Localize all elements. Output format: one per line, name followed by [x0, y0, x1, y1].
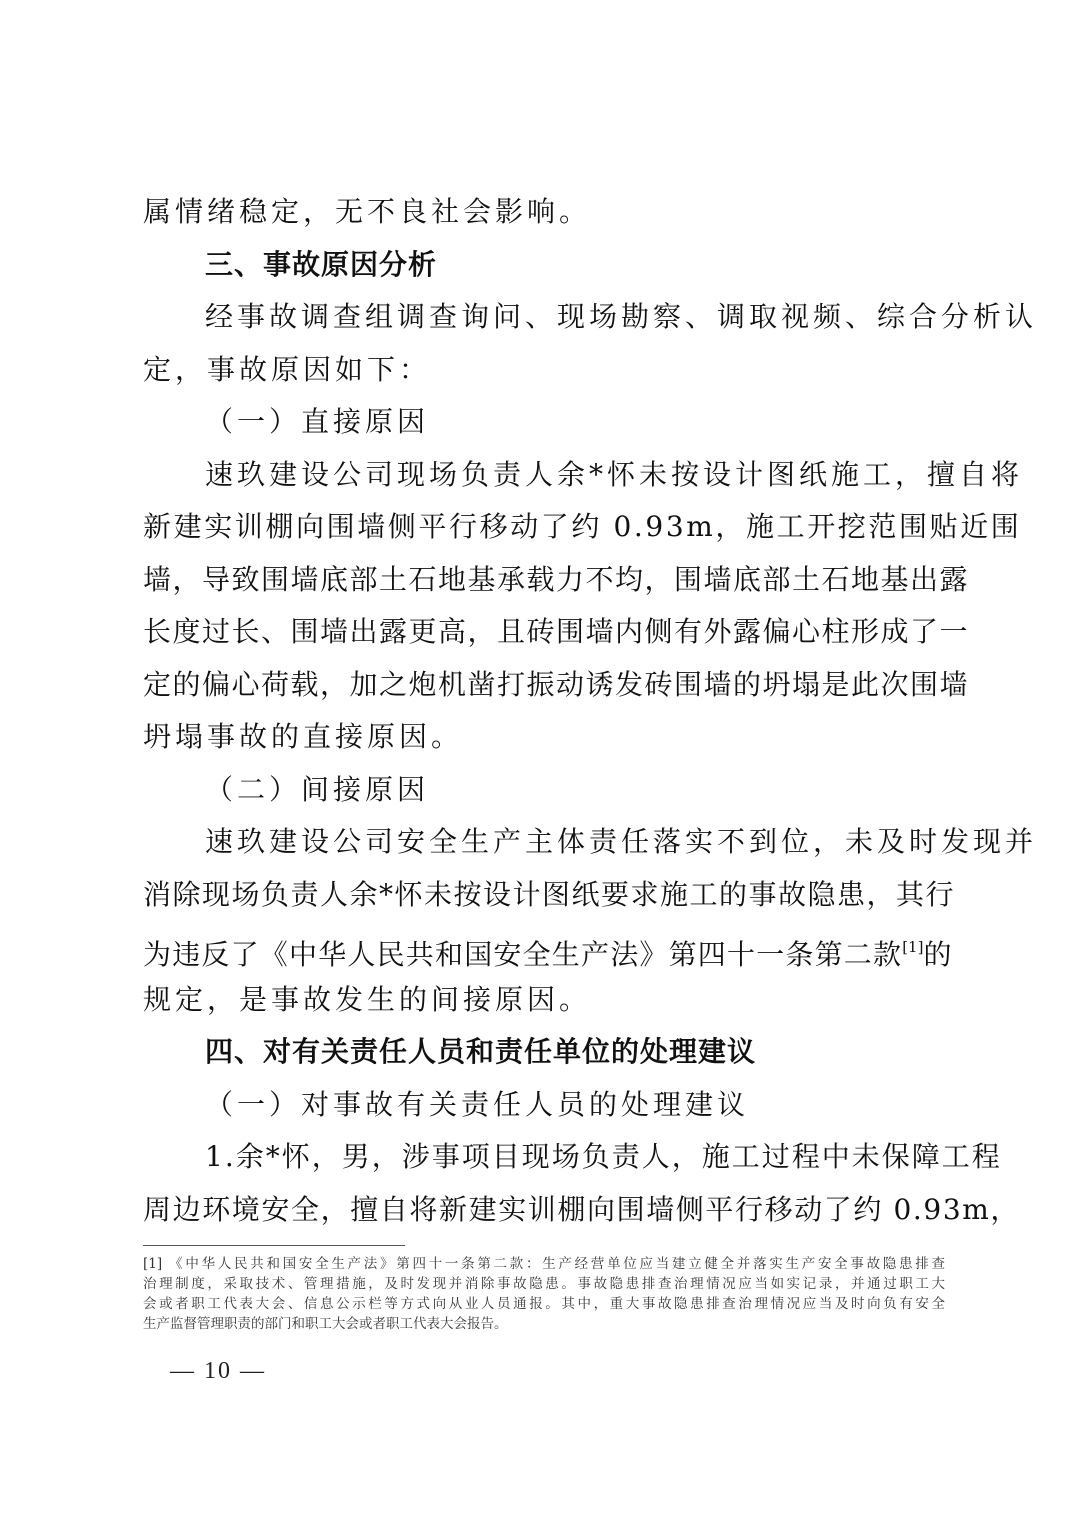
subheading-personnel-handling: （一）对事故有关责任人员的处理建议	[143, 1079, 943, 1132]
paragraph-line: 速玖建设公司现场负责人余*怀未按设计图纸施工，擅自将	[143, 449, 943, 502]
paragraph-line: 定的偏心荷载，加之炮机凿打振动诱发砖围墙的坍塌是此次围墙	[143, 659, 943, 712]
footnote-reference[interactable]: [1]	[902, 938, 923, 956]
paragraph-line: 坍塌事故的直接原因。	[143, 711, 943, 764]
paragraph-line: 属情绪稳定，无不良社会影响。	[143, 186, 943, 239]
footnote: [1] 《中华人民共和国安全生产法》第四十一条第二款：生产经营单位应当建立健全并…	[143, 1254, 945, 1334]
section-heading-cause-analysis: 三、事故原因分析	[143, 239, 943, 292]
paragraph-text: 为违反了《中华人民共和国安全生产法》第四十一条第二款	[143, 938, 902, 971]
paragraph-text: 的	[923, 938, 952, 971]
paragraph-line: 新建实训棚向围墙侧平行移动了约 0.93m，施工开挖范围贴近围	[143, 501, 943, 554]
paragraph-line: 1.余*怀，男，涉事项目现场负责人，施工过程中未保障工程	[143, 1131, 943, 1184]
paragraph-line: 墙，导致围墙底部土石地基承载力不均，围墙底部土石地基出露	[143, 554, 943, 607]
paragraph-line: 定，事故原因如下：	[143, 344, 943, 397]
footnote-line: 生产监督管理职责的部门和职工大会或者职工代表大会报告。	[143, 1314, 945, 1334]
paragraph-line: 速玖建设公司安全生产主体责任落实不到位，未及时发现并	[143, 816, 943, 869]
subheading-indirect-cause: （二）间接原因	[143, 764, 943, 817]
paragraph-line-with-footnote-ref: 为违反了《中华人民共和国安全生产法》第四十一条第二款[1]的	[143, 921, 943, 974]
footnote-line: [1] 《中华人民共和国安全生产法》第四十一条第二款：生产经营单位应当建立健全并…	[143, 1254, 945, 1274]
paragraph-line: 经事故调查组调查询问、现场勘察、调取视频、综合分析认	[143, 291, 943, 344]
paragraph-line: 消除现场负责人余*怀未按设计图纸要求施工的事故隐患，其行	[143, 869, 943, 922]
body-text: 属情绪稳定，无不良社会影响。 三、事故原因分析 经事故调查组调查询问、现场勘察、…	[143, 186, 943, 1236]
section-heading-handling-suggestions: 四、对有关责任人员和责任单位的处理建议	[143, 1026, 943, 1079]
footnote-separator	[143, 1245, 405, 1246]
page-number: — 10 —	[170, 1358, 266, 1385]
footnote-line: 治理制度，采取技术、管理措施，及时发现并消除事故隐患。事故隐患排查治理情况应当如…	[143, 1274, 945, 1294]
paragraph-line: 长度过长、围墙出露更高，且砖围墙内侧有外露偏心柱形成了一	[143, 606, 943, 659]
document-page: 属情绪稳定，无不良社会影响。 三、事故原因分析 经事故调查组调查询问、现场勘察、…	[0, 0, 1074, 1520]
subheading-direct-cause: （一）直接原因	[143, 396, 943, 449]
footnote-line: 会或者职工代表大会、信息公示栏等方式向从业人员通报。其中，重大事故隐患排查治理情…	[143, 1294, 945, 1314]
paragraph-line: 周边环境安全，擅自将新建实训棚向围墙侧平行移动了约 0.93m，	[143, 1184, 943, 1237]
paragraph-line: 规定，是事故发生的间接原因。	[143, 974, 943, 1027]
